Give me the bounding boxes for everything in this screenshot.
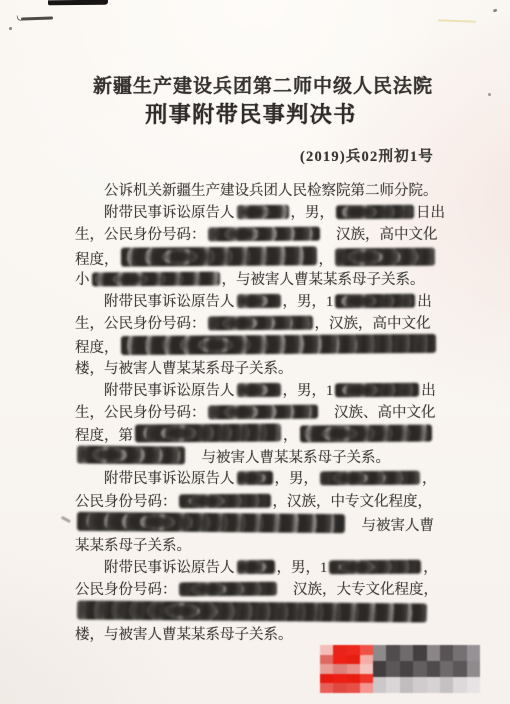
redaction-smudge [207,404,317,419]
mosaic-pixel [386,677,399,693]
body-text: 生，公民身份号码： [75,227,206,243]
document-title: 刑事附带民事判决书 [0,98,502,129]
case-number: (2019)兵02刑初1号 [300,145,434,166]
scan-speck [493,8,498,12]
mosaic-pixel [467,661,480,677]
body-text: 某某系母子关系。 [75,538,191,554]
body-text: 与被害人曹 [347,518,434,534]
mosaic-pixel [333,683,346,693]
redaction-smudge [335,382,419,397]
scan-artifact-bar [48,0,108,5]
body-line: 附带民事诉讼原告人，男，， [75,468,495,490]
mosaic-pixel [453,661,466,677]
body-text: ，汉族，中专文化程度， [273,494,433,510]
redaction-smudge [336,205,414,220]
body-text: 附带民事诉讼原告人 [104,471,235,487]
body-text: ，汉族，高中文化 [315,316,431,332]
body-text: ，男， [291,205,335,221]
body-text: 汉族、高中文化 [320,405,436,421]
body-line: 公民身份号码：，汉族，中专文化程度， [75,491,495,513]
body-text: 小 [75,272,90,288]
body-text: ，男，1 [283,383,334,399]
redaction-smudge [335,294,415,309]
mosaic-pixel [333,645,346,655]
body-text: 附带民事诉讼原告人 [104,560,235,576]
body-line: 公诉机关新疆生产建设兵团人民检察院第二师分院。 [75,180,495,202]
body-line: 某某系母子关系。 [75,535,495,557]
redaction-smudge [91,271,219,286]
mosaic-pixel [386,661,399,677]
mosaic-pixel [467,677,480,693]
watermark-gray-block [373,645,480,693]
body-line: 生，公民身份号码： 汉族，高中文化 [75,224,495,246]
mosaic-pixel [320,664,333,674]
mosaic-pixel [333,655,346,665]
mosaic-pixel [440,645,453,661]
mosaic-pixel [320,645,333,655]
body-text: 程度，第 [75,428,133,444]
body-text: 生，公民身份号码： [75,316,206,332]
mosaic-pixel [427,677,440,693]
body-line: 程度，第， [75,424,495,446]
body-line: 生，公民身份号码： 汉族、高中文化 [75,402,495,424]
mosaic-pixel [413,677,426,693]
body-text: 附带民事诉讼原告人 [104,205,235,221]
redaction-smudge [207,316,312,331]
redaction-smudge [77,512,345,533]
mosaic-pixel [347,683,360,693]
mosaic-pixel [360,645,373,655]
mosaic-pixel [347,645,360,655]
mosaic-pixel [333,664,346,674]
body-line: 程度，， [75,247,495,269]
redaction-smudge [299,425,431,443]
document-body: 公诉机关新疆生产建设兵团人民检察院第二师分院。附带民事诉讼原告人，男，日出生，公… [75,180,495,646]
watermark-red-block [320,645,373,693]
body-text: 楼，与被害人曹某某系母子关系。 [75,361,293,377]
redaction-smudge [320,471,420,486]
scanned-judgment-page: 新疆生产建设兵团第二师中级人民法院 刑事附带民事判决书 (2019)兵02刑初1… [0,0,510,704]
body-text: 附带民事诉讼原告人 [104,383,235,399]
redaction-smudge [236,560,274,574]
mosaic-pixel [413,645,426,661]
redaction-smudge [236,205,288,219]
body-line: 附带民事诉讼原告人，男，1出 [75,380,495,402]
body-text: 程度， [75,252,119,268]
body-text: 公诉机关新疆生产建设兵团人民检察院第二师分院。 [104,183,438,199]
body-text: ， [283,428,298,444]
watermark-mosaic [320,645,480,693]
mosaic-pixel [453,677,466,693]
mosaic-pixel [333,674,346,684]
mosaic-pixel [360,683,373,693]
mosaic-pixel [400,677,413,693]
body-line: 附带民事诉讼原告人，男，1出 [75,291,495,313]
body-text: 楼，与被害人曹某某系母子关系。 [75,627,293,643]
redaction-smudge [207,227,319,242]
mosaic-pixel [347,664,360,674]
mosaic-pixel [427,661,440,677]
redaction-smudge [120,334,435,355]
redaction-smudge [135,424,281,443]
body-line: 与被害人曹某某系母子关系。 [75,446,495,468]
body-text: 日出 [416,205,445,221]
redaction-smudge [236,383,280,397]
mosaic-pixel [320,674,333,684]
court-name: 新疆生产建设兵团第二师中级人民法院 [30,71,496,98]
scan-artifact-dash [21,16,53,20]
scan-artifact-yellow-line [438,19,476,22]
body-text: 汉族，高中文化 [322,227,438,243]
mosaic-pixel [373,645,386,661]
body-text: 汉族，大专文化程度， [279,582,439,598]
body-line: 与被害人曹 [75,513,495,535]
body-line: 生，公民身份号码：，汉族，高中文化 [75,313,495,335]
mosaic-pixel [347,674,360,684]
mosaic-pixel [320,655,333,665]
body-text: 公民身份号码： [75,494,177,510]
body-text: 与被害人曹某某系母子关系。 [187,450,390,466]
mosaic-pixel [373,677,386,693]
redaction-smudge [77,446,185,465]
body-text: ，男， [275,471,319,487]
mosaic-pixel [360,655,373,665]
body-text: 出 [421,383,436,399]
redaction-smudge [335,247,435,266]
body-text: ，与被害人曹某某系母子关系。 [222,272,425,288]
redaction-smudge [77,600,427,622]
mosaic-pixel [386,645,399,661]
mosaic-pixel [320,683,333,693]
body-line: 附带民事诉讼原告人，男，1， [75,557,495,579]
body-line: 楼，与被害人曹某某系母子关系。 [75,624,495,646]
body-text: 公民身份号码： [75,582,177,598]
mosaic-pixel [427,645,440,661]
mosaic-pixel [360,664,373,674]
body-line: 程度， [75,335,495,357]
scan-artifact-dot [9,27,12,30]
redaction-smudge [178,582,276,597]
redaction-smudge [120,246,316,266]
redaction-smudge [236,294,280,308]
body-text: ， [319,252,334,268]
mosaic-pixel [413,661,426,677]
body-text: ，男，1 [283,294,334,310]
body-text: 程度， [75,340,119,356]
redaction-smudge [178,493,270,508]
scan-artifact-slash [61,516,71,523]
mosaic-pixel [347,655,360,665]
body-text: ， [423,560,438,576]
mosaic-pixel [400,661,413,677]
body-text: ，男，1 [277,560,328,576]
mosaic-pixel [467,645,480,661]
redaction-smudge [236,471,272,485]
mosaic-pixel [453,645,466,661]
mosaic-pixel [440,677,453,693]
body-line [75,602,495,624]
body-line: 公民身份号码： 汉族，大专文化程度， [75,579,495,601]
body-text: 出 [417,294,432,310]
body-text: ， [422,471,437,487]
mosaic-pixel [440,661,453,677]
body-line: 楼，与被害人曹某某系母子关系。 [75,358,495,380]
body-text: 附带民事诉讼原告人 [104,294,235,310]
body-line: 小，与被害人曹某某系母子关系。 [75,269,495,291]
body-line: 附带民事诉讼原告人，男，日出 [75,202,495,224]
body-text: 生，公民身份号码： [75,405,206,421]
mosaic-pixel [373,661,386,677]
mosaic-pixel [400,645,413,661]
mosaic-pixel [360,674,373,684]
redaction-smudge [329,560,421,575]
